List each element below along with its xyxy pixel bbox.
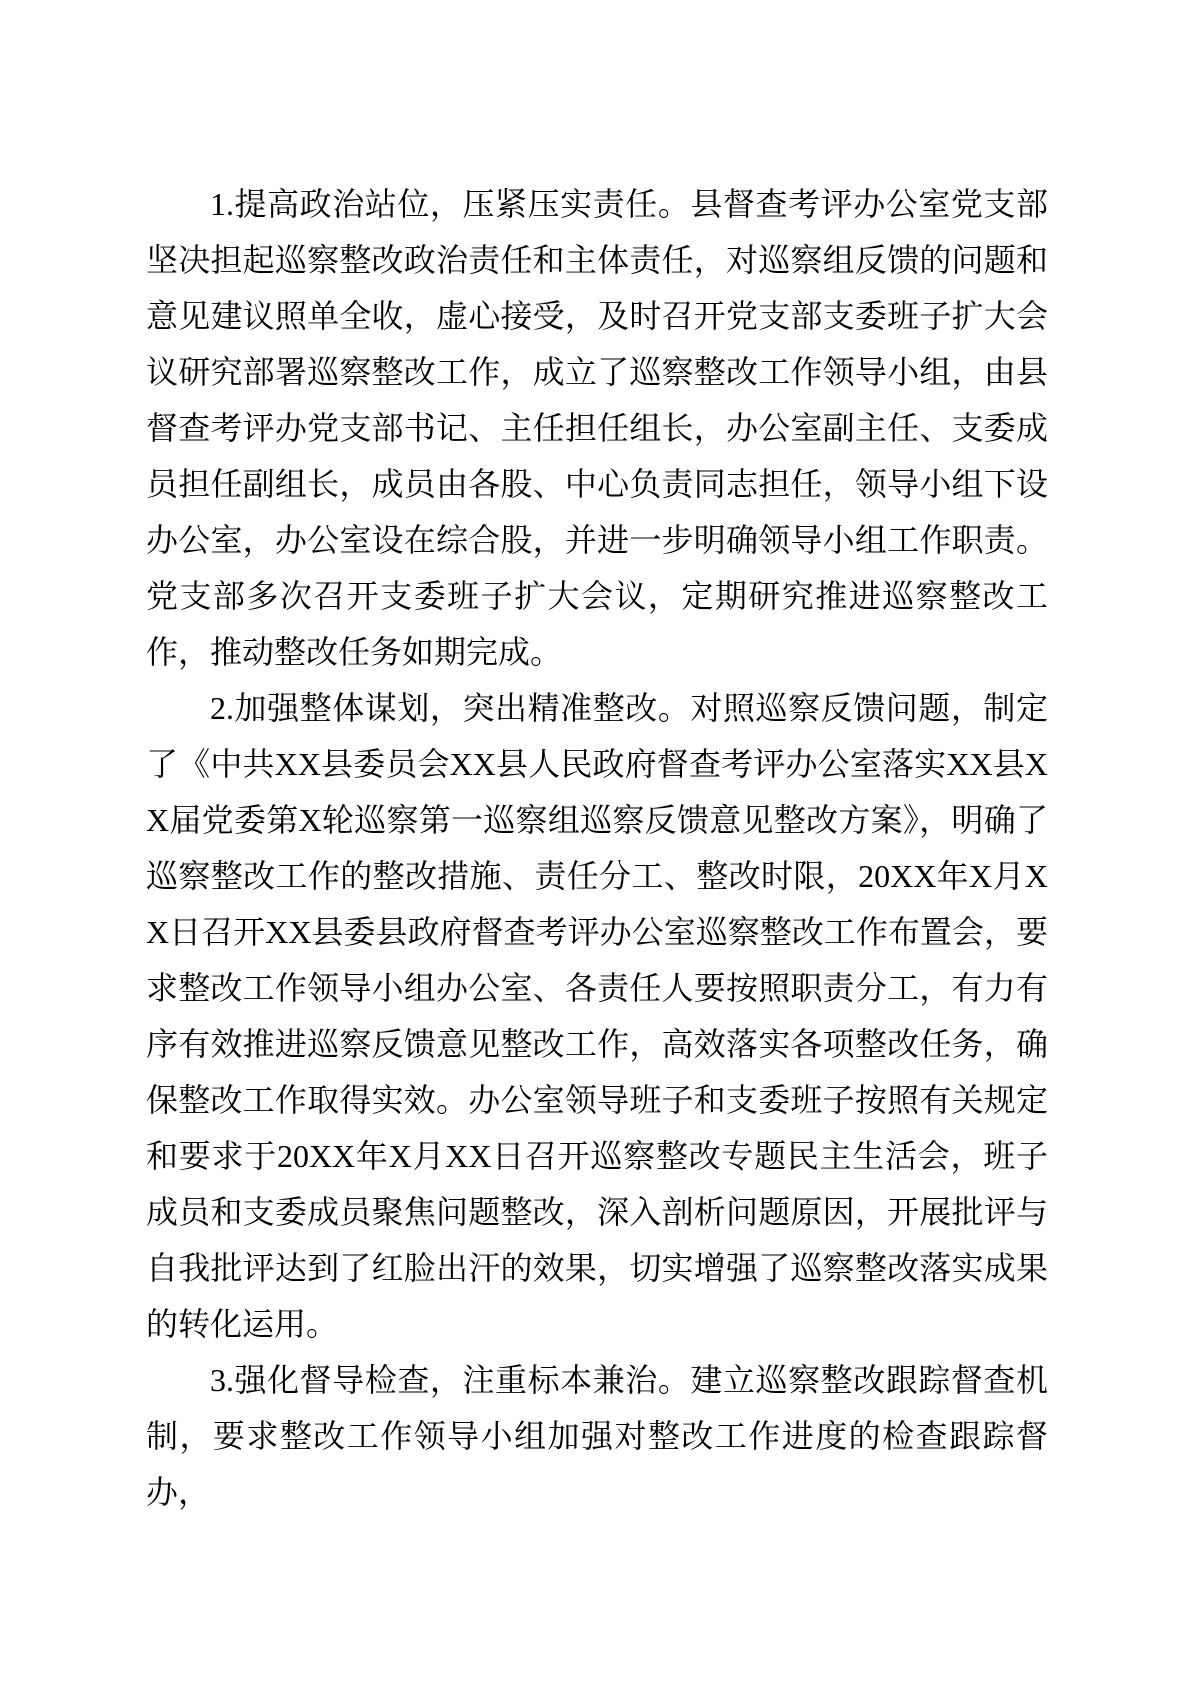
document-body: 1.提高政治站位，压紧压实责任。县督查考评办公室党支部坚决担起巡察整改政治责任和… [146, 176, 1048, 1520]
paragraph-3: 3.强化督导检查，注重标本兼治。建立巡察整改跟踪督查机制，要求整改工作领导小组加… [146, 1352, 1048, 1520]
document-page: 1.提高政治站位，压紧压实责任。县督查考评办公室党支部坚决担起巡察整改政治责任和… [0, 0, 1190, 1683]
paragraph-2: 2.加强整体谋划，突出精准整改。对照巡察反馈问题，制定了《中共XX县委员会XX县… [146, 680, 1048, 1352]
paragraph-1: 1.提高政治站位，压紧压实责任。县督查考评办公室党支部坚决担起巡察整改政治责任和… [146, 176, 1048, 680]
